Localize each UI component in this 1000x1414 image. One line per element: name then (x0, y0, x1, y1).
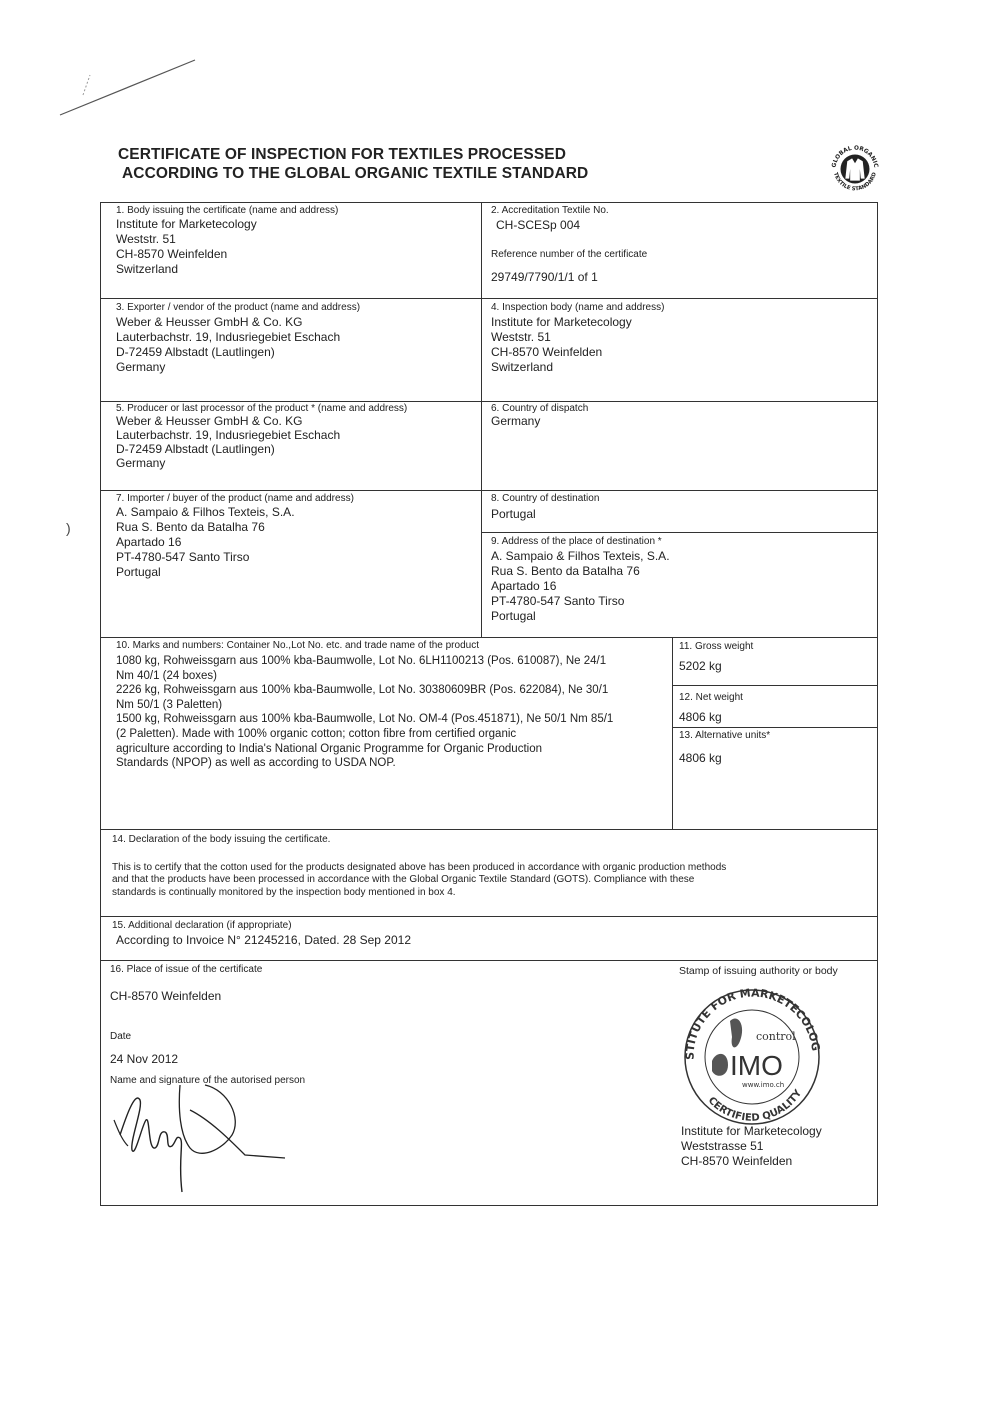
gross-weight: 5202 kg (679, 659, 722, 674)
country-of-destination: Portugal (491, 507, 536, 522)
box1-issuing-body: Institute for MarketecologyWeststr. 51CH… (116, 217, 257, 277)
imo-stamp: INSTITUTE FOR MARKETECOLOGY CERTIFIED QU… (676, 985, 828, 1127)
stamp-address: Institute for MarketecologyWeststrasse 5… (681, 1124, 822, 1169)
box7-label: 7. Importer / buyer of the product (name… (116, 493, 354, 505)
svg-text:www.imo.ch: www.imo.ch (742, 1081, 784, 1089)
box7-importer: A. Sampaio & Filhos Texteis, S.A.Rua S. … (116, 505, 295, 580)
box9-label: 9. Address of the place of destination * (491, 536, 662, 548)
issue-date: 24 Nov 2012 (110, 1052, 178, 1067)
gots-logo-icon: GLOBAL ORGANIC TEXTILE STANDARD (826, 140, 884, 198)
additional-declaration: According to Invoice N° 21245216, Dated.… (116, 933, 411, 948)
box10-product-description: 1080 kg, Rohweissgarn aus 100% kba-Baumw… (116, 654, 613, 771)
box9-destination-address: A. Sampaio & Filhos Texteis, S.A.Rua S. … (491, 549, 670, 624)
margin-mark: ) (66, 520, 71, 536)
svg-text:CERTIFIED QUALITY: CERTIFIED QUALITY (706, 1087, 805, 1124)
box15-label: 15. Additional declaration (if appropria… (112, 920, 292, 932)
reference-number: 29749/7790/1/1 of 1 (491, 270, 598, 285)
box10-label: 10. Marks and numbers: Container No.,Lot… (116, 640, 479, 652)
box4-inspection-body: Institute for MarketecologyWeststr. 51CH… (491, 315, 632, 375)
title-line-1: CERTIFICATE OF INSPECTION FOR TEXTILES P… (118, 145, 588, 164)
box4-label: 4. Inspection body (name and address) (491, 302, 664, 314)
box11-label: 11. Gross weight (679, 641, 753, 653)
page-title: CERTIFICATE OF INSPECTION FOR TEXTILES P… (118, 145, 588, 183)
stamp-label: Stamp of issuing authority or body (679, 965, 838, 977)
place-of-issue: CH-8570 Weinfelden (110, 989, 221, 1004)
box5-producer: Weber & Heusser GmbH & Co. KGLauterbachs… (116, 414, 340, 470)
signature (110, 1080, 290, 1200)
box13-label: 13. Alternative units* (679, 730, 770, 742)
box1-label: 1. Body issuing the certificate (name an… (116, 205, 338, 217)
alternative-units: 4806 kg (679, 751, 722, 766)
box16-label: 16. Place of issue of the certificate (110, 964, 262, 976)
svg-text:INSTITUTE FOR MARKETECOLOGY: INSTITUTE FOR MARKETECOLOGY (676, 985, 822, 1060)
title-line-2: ACCORDING TO THE GLOBAL ORGANIC TEXTILE … (118, 164, 588, 183)
box3-label: 3. Exporter / vendor of the product (nam… (116, 302, 360, 314)
scan-scribble (55, 55, 205, 125)
svg-text:IMO: IMO (730, 1050, 783, 1081)
date-label: Date (110, 1031, 131, 1043)
accreditation-number: CH-SCESp 004 (496, 218, 580, 233)
country-of-dispatch: Germany (491, 414, 540, 429)
svg-text:control: control (756, 1030, 796, 1043)
reference-label: Reference number of the certificate (491, 249, 647, 261)
box3-exporter: Weber & Heusser GmbH & Co. KGLauterbachs… (116, 315, 340, 375)
net-weight: 4806 kg (679, 710, 722, 725)
box12-label: 12. Net weight (679, 692, 743, 704)
box2-label: 2. Accreditation Textile No. (491, 205, 609, 217)
box14-declaration: This is to certify that the cotton used … (112, 862, 726, 899)
box14-label: 14. Declaration of the body issuing the … (112, 834, 330, 846)
box8-label: 8. Country of destination (491, 493, 599, 505)
